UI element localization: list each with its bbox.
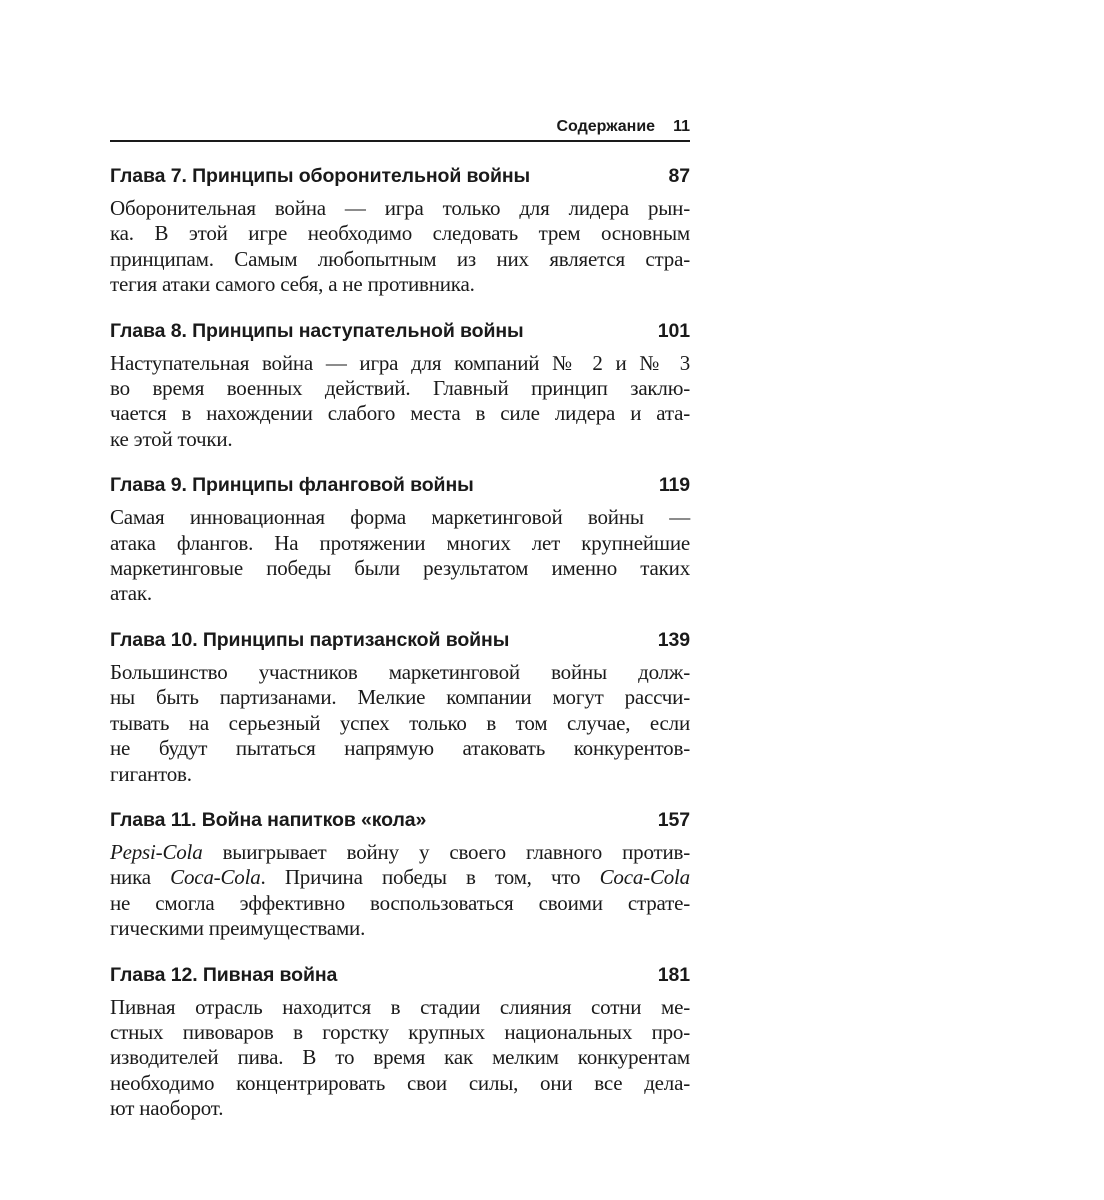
chapter-page-number: 157: [658, 808, 690, 832]
text-run: Большинство участников маркетинговой вой…: [110, 660, 690, 684]
chapter-title: Глава 7. Принципы оборонительной войны: [110, 164, 530, 188]
book-page: Содержание 11 Глава 7. Принципы оборонит…: [110, 118, 690, 1122]
text-run: гическими преимуществами.: [110, 916, 365, 940]
text-run: атак.: [110, 581, 152, 605]
summary-line: Большинство участников маркетинговой вой…: [110, 660, 690, 685]
running-head: Содержание 11: [110, 118, 690, 142]
chapter-page-number: 101: [658, 319, 690, 343]
summary-line: тегия атаки самого себя, а не противника…: [110, 272, 690, 297]
text-run: Наступательная война — игра для компаний…: [110, 351, 690, 375]
toc-entry: Глава 12. Пивная война181Пивная отрасль …: [110, 963, 690, 1122]
text-run: тывать на серьезный успех только в том с…: [110, 711, 690, 735]
summary-line: Пивная отрасль находится в стадии слияни…: [110, 995, 690, 1020]
summary-line: Pepsi-Cola выигрывает войну у своего гла…: [110, 840, 690, 865]
summary-line: ка. В этой игре необходимо следовать тре…: [110, 221, 690, 246]
running-head-title: Содержание: [557, 118, 656, 136]
chapter-heading: Глава 10. Принципы партизанской войны139: [110, 628, 690, 652]
summary-line: ника Coca-Cola. Причина победы в том, чт…: [110, 865, 690, 890]
brand-name-italic: Pepsi-Cola: [110, 840, 203, 864]
chapter-title: Глава 11. Война напитков «кола»: [110, 808, 426, 832]
summary-line: ке этой точки.: [110, 427, 690, 452]
summary-line: Оборонительная война — игра только для л…: [110, 196, 690, 221]
text-run: необходимо концентрировать свои силы, он…: [110, 1071, 690, 1095]
summary-line: стных пивоваров в горстку крупных национ…: [110, 1020, 690, 1045]
chapter-title: Глава 12. Пивная война: [110, 963, 337, 987]
summary-line: принципам. Самым любопытным из них являе…: [110, 247, 690, 272]
running-head-page-number: 11: [673, 118, 690, 136]
chapter-page-number: 181: [658, 963, 690, 987]
chapter-heading: Глава 9. Принципы фланговой войны119: [110, 473, 690, 497]
summary-line: ют наоборот.: [110, 1096, 690, 1121]
summary-line: атака флангов. На протяжении многих лет …: [110, 531, 690, 556]
text-run: ке этой точки.: [110, 427, 232, 451]
summary-line: гическими преимуществами.: [110, 916, 690, 941]
brand-name-italic: Coca-Cola: [600, 865, 690, 889]
text-run: ны быть партизанами. Мелкие компании мог…: [110, 685, 690, 709]
chapter-summary: Pepsi-Cola выигрывает войну у своего гла…: [110, 840, 690, 942]
text-run: ка. В этой игре необходимо следовать тре…: [110, 221, 690, 245]
chapter-heading: Глава 7. Принципы оборонительной войны87: [110, 164, 690, 188]
chapter-heading: Глава 12. Пивная война181: [110, 963, 690, 987]
chapter-summary: Оборонительная война — игра только для л…: [110, 196, 690, 298]
text-run: стных пивоваров в горстку крупных национ…: [110, 1020, 690, 1044]
summary-line: не будут пытаться напрямую атаковать кон…: [110, 736, 690, 761]
text-run: . Причина победы в том, что: [261, 865, 600, 889]
summary-line: не смогла эффективно воспользоваться сво…: [110, 891, 690, 916]
text-run: Самая инновационная форма маркетинговой …: [110, 505, 690, 529]
summary-line: необходимо концентрировать свои силы, он…: [110, 1071, 690, 1096]
toc-entry: Глава 8. Принципы наступательной войны10…: [110, 319, 690, 453]
chapter-heading: Глава 11. Война напитков «кола»157: [110, 808, 690, 832]
text-run: во время военных действий. Главный принц…: [110, 376, 690, 400]
toc-entry: Глава 11. Война напитков «кола»157Pepsi-…: [110, 808, 690, 942]
chapter-title: Глава 8. Принципы наступательной войны: [110, 319, 524, 343]
text-run: не будут пытаться напрямую атаковать кон…: [110, 736, 690, 760]
text-run: чается в нахождении слабого места в силе…: [110, 401, 690, 425]
chapter-page-number: 87: [669, 164, 691, 188]
summary-line: тывать на серьезный успех только в том с…: [110, 711, 690, 736]
summary-line: изводителей пива. В то время как мелким …: [110, 1045, 690, 1070]
chapter-summary: Наступательная война — игра для компаний…: [110, 351, 690, 453]
text-run: атака флангов. На протяжении многих лет …: [110, 531, 690, 555]
text-run: изводителей пива. В то время как мелким …: [110, 1045, 690, 1069]
summary-line: Наступательная война — игра для компаний…: [110, 351, 690, 376]
summary-line: гигантов.: [110, 762, 690, 787]
text-run: гигантов.: [110, 762, 192, 786]
chapter-summary: Большинство участников маркетинговой вой…: [110, 660, 690, 787]
text-run: тегия атаки самого себя, а не противника…: [110, 272, 475, 296]
summary-line: во время военных действий. Главный принц…: [110, 376, 690, 401]
chapter-page-number: 119: [659, 473, 690, 497]
summary-line: Самая инновационная форма маркетинговой …: [110, 505, 690, 530]
chapter-summary: Самая инновационная форма маркетинговой …: [110, 505, 690, 607]
text-run: не смогла эффективно воспользоваться сво…: [110, 891, 690, 915]
summary-line: маркетинговые победы были результатом им…: [110, 556, 690, 581]
text-run: выигрывает войну у своего главного проти…: [203, 840, 691, 864]
text-run: Пивная отрасль находится в стадии слияни…: [110, 995, 690, 1019]
text-run: ют наоборот.: [110, 1096, 223, 1120]
toc-entry: Глава 10. Принципы партизанской войны139…: [110, 628, 690, 787]
chapter-title: Глава 9. Принципы фланговой войны: [110, 473, 474, 497]
brand-name-italic: Coca-Cola: [170, 865, 260, 889]
chapter-page-number: 139: [658, 628, 690, 652]
summary-line: ны быть партизанами. Мелкие компании мог…: [110, 685, 690, 710]
table-of-contents: Глава 7. Принципы оборонительной войны87…: [110, 164, 690, 1122]
text-run: принципам. Самым любопытным из них являе…: [110, 247, 690, 271]
toc-entry: Глава 7. Принципы оборонительной войны87…: [110, 164, 690, 298]
chapter-title: Глава 10. Принципы партизанской войны: [110, 628, 509, 652]
summary-line: атак.: [110, 581, 690, 606]
text-run: ника: [110, 865, 170, 889]
chapter-heading: Глава 8. Принципы наступательной войны10…: [110, 319, 690, 343]
toc-entry: Глава 9. Принципы фланговой войны119Сама…: [110, 473, 690, 607]
text-run: маркетинговые победы были результатом им…: [110, 556, 690, 580]
chapter-summary: Пивная отрасль находится в стадии слияни…: [110, 995, 690, 1122]
summary-line: чается в нахождении слабого места в силе…: [110, 401, 690, 426]
text-run: Оборонительная война — игра только для л…: [110, 196, 690, 220]
